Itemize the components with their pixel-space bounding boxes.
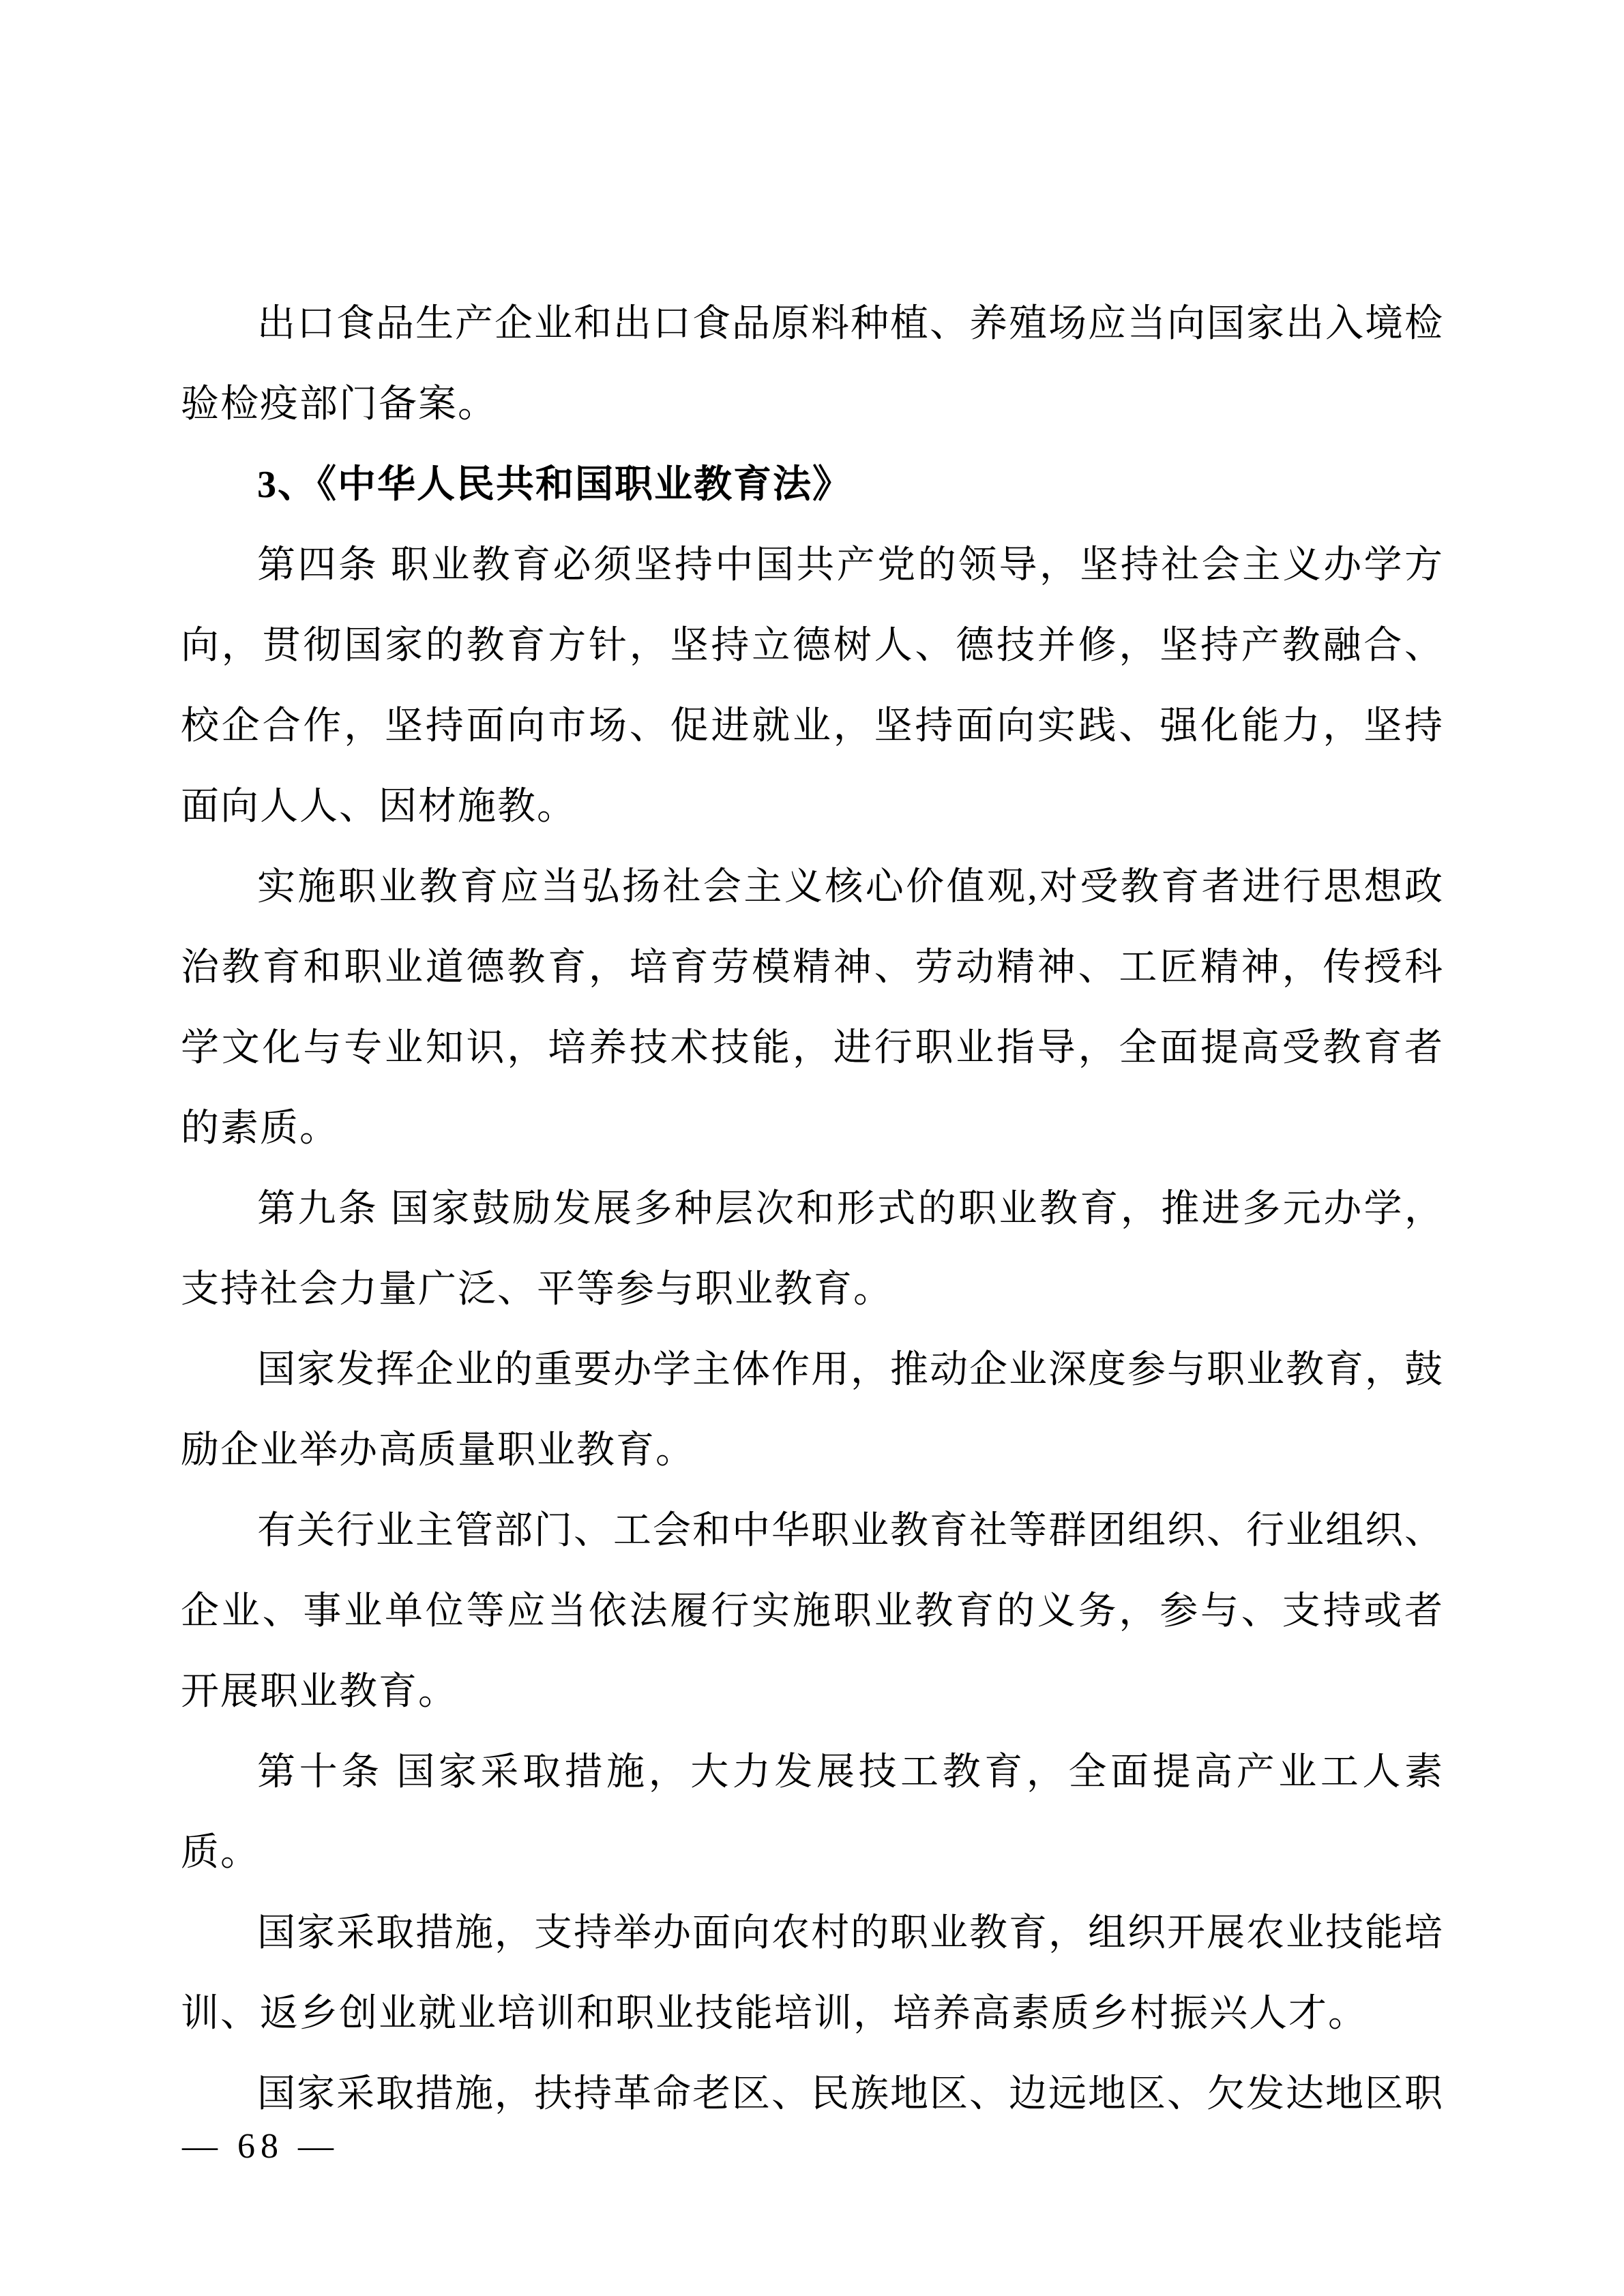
paragraph: 有关行业主管部门、工会和中华职业教育社等群团组织、行业组织、企业、事业单位等应当… (181, 1491, 1444, 1732)
paragraph: 国家发挥企业的重要办学主体作用，推动企业深度参与职业教育，鼓励企业举办高质量职业… (181, 1330, 1444, 1491)
paragraph: 第九条 国家鼓励发展多种层次和形式的职业教育，推进多元办学，支持社会力量广泛、平… (181, 1169, 1444, 1330)
document-body: 出口食品生产企业和出口食品原料种植、养殖场应当向国家出入境检验检疫部门备案。3、… (181, 284, 1444, 2134)
paragraph: 第十条 国家采取措施，大力发展技工教育，全面提高产业工人素质。 (181, 1732, 1444, 1893)
section-heading: 3、《中华人民共和国职业教育法》 (181, 445, 1444, 525)
document-page: 出口食品生产企业和出口食品原料种植、养殖场应当向国家出入境检验检疫部门备案。3、… (0, 0, 1624, 2296)
paragraph: 第四条 职业教育必须坚持中国共产党的领导，坚持社会主义办学方向，贯彻国家的教育方… (181, 525, 1444, 847)
paragraph: 国家采取措施，支持举办面向农村的职业教育，组织开展农业技能培训、返乡创业就业培训… (181, 1893, 1444, 2054)
page-number-footer: — 68 — (182, 2126, 339, 2167)
paragraph: 出口食品生产企业和出口食品原料种植、养殖场应当向国家出入境检验检疫部门备案。 (181, 284, 1444, 445)
paragraph: 实施职业教育应当弘扬社会主义核心价值观,对受教育者进行思想政治教育和职业道德教育… (181, 847, 1444, 1169)
page-number: — 68 — (182, 2127, 339, 2166)
paragraph: 国家采取措施，扶持革命老区、民族地区、边远地区、欠发达地区职 (181, 2054, 1444, 2134)
